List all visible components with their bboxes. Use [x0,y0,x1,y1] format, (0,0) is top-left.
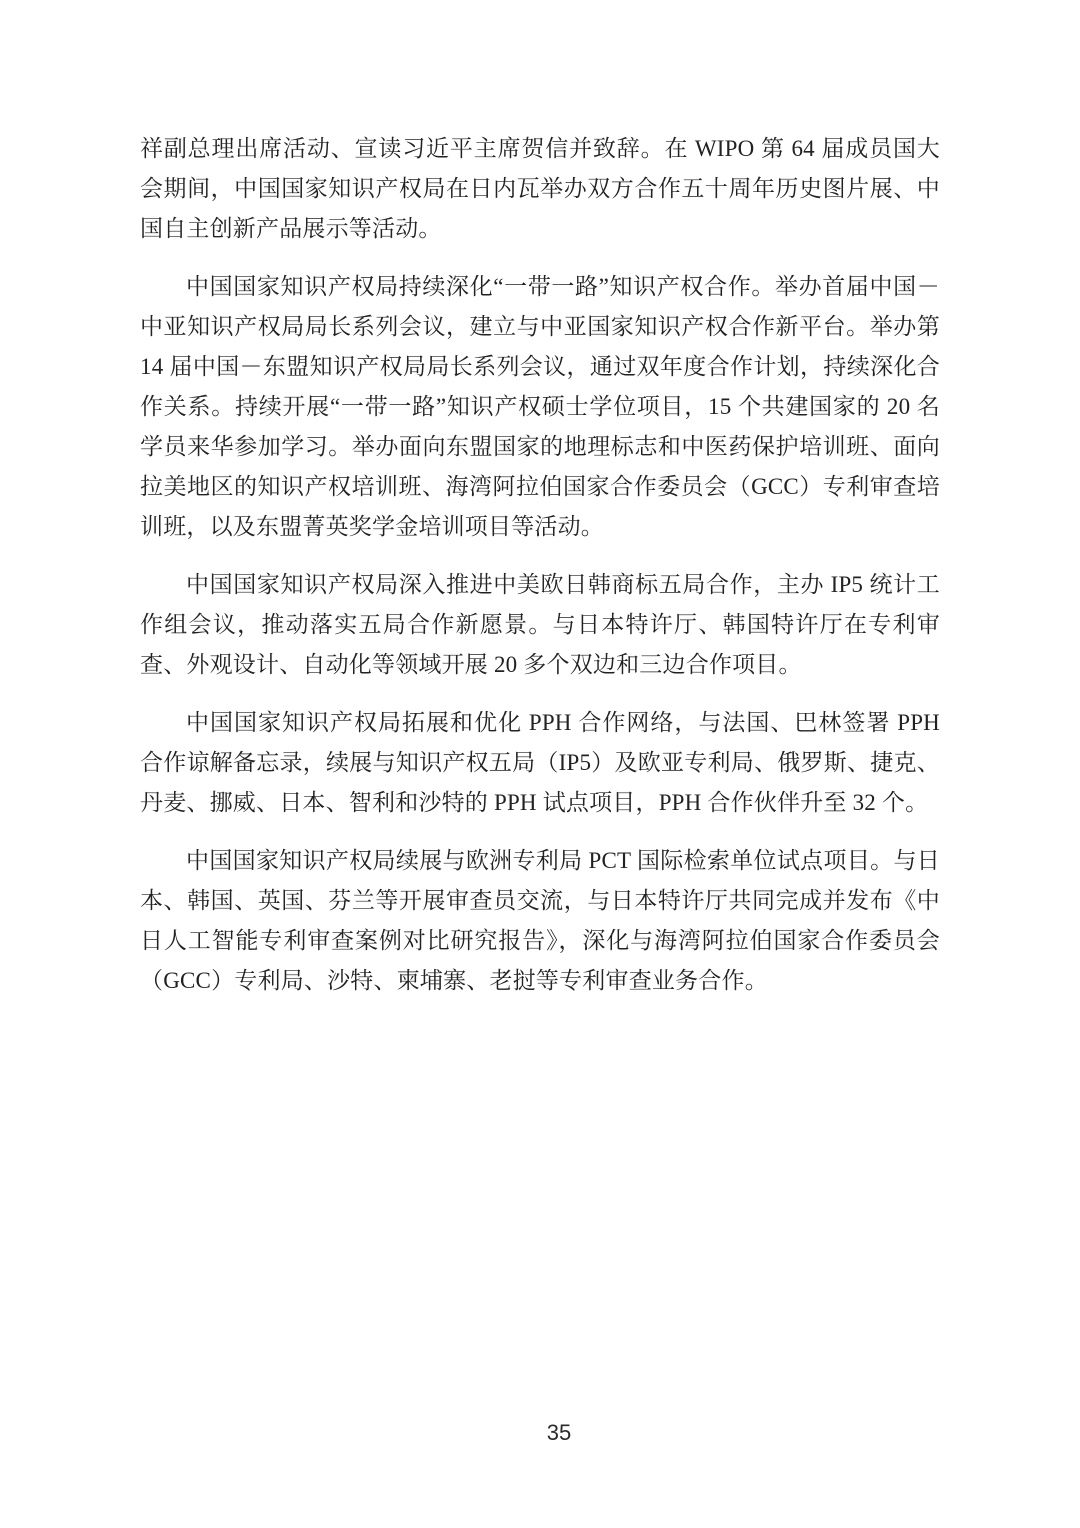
paragraph: 中国国家知识产权局拓展和优化 PPH 合作网络，与法国、巴林签署 PPH 合作谅… [140,703,940,823]
paragraph: 中国国家知识产权局续展与欧洲专利局 PCT 国际检索单位试点项目。与日本、韩国、… [140,841,940,1001]
document-page: 祥副总理出席活动、宣读习近平主席贺信并致辞。在 WIPO 第 64 届成员国大会… [0,0,1080,1528]
paragraph: 中国国家知识产权局持续深化“一带一路”知识产权合作。举办首届中国－中亚知识产权局… [140,267,940,547]
paragraph: 中国国家知识产权局深入推进中美欧日韩商标五局合作，主办 IP5 统计工作组会议，… [140,565,940,685]
paragraph: 祥副总理出席活动、宣读习近平主席贺信并致辞。在 WIPO 第 64 届成员国大会… [140,129,940,249]
body-text: 祥副总理出席活动、宣读习近平主席贺信并致辞。在 WIPO 第 64 届成员国大会… [140,129,940,1019]
page-number: 35 [19,1420,1080,1446]
